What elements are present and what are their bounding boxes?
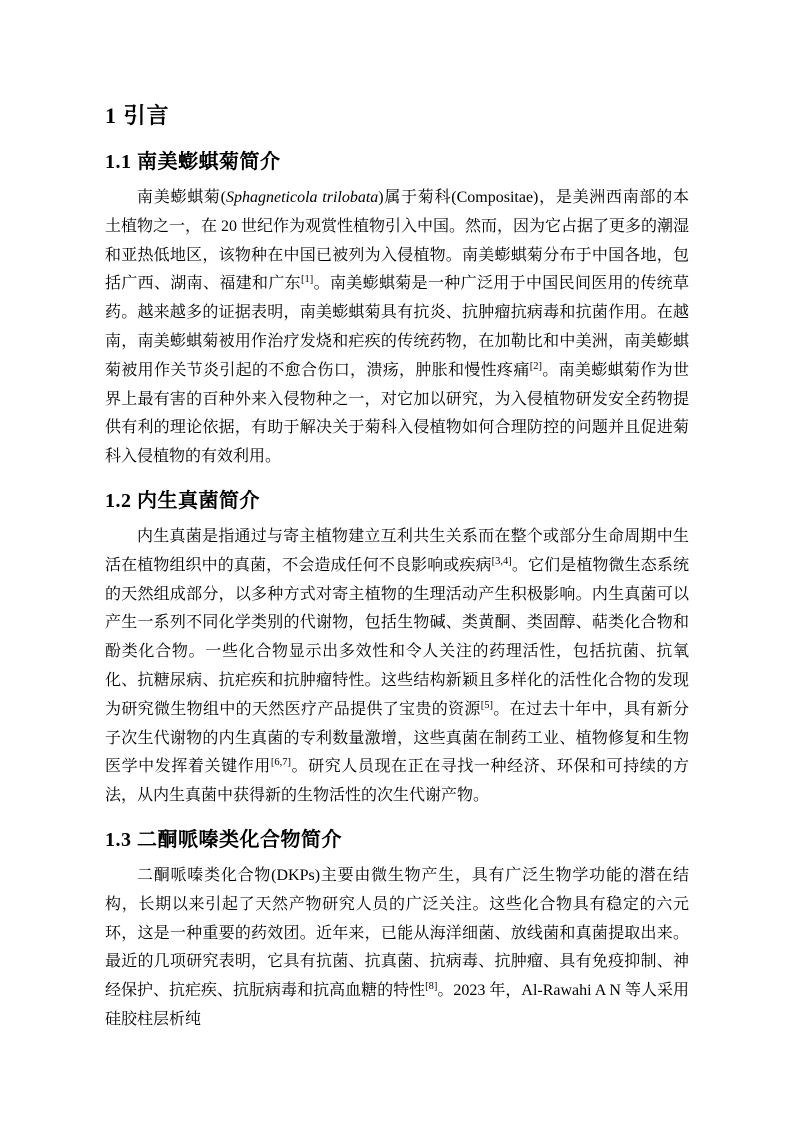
citation-ref: [5] bbox=[481, 700, 493, 711]
section-1-2: 1.2 内生真菌简介 内生真菌是指通过与寄主植物建立互利共生关系而在整个或部分生… bbox=[105, 489, 689, 811]
citation-ref: [3,4] bbox=[492, 556, 512, 567]
document-page: 1 引言 1.1 南美蟛蜞菊简介 南美蟛蜞菊(Sphagneticola tri… bbox=[0, 0, 793, 1122]
section-1-3: 1.3 二酮哌嗪类化合物简介 二酮哌嗪类化合物(DKPs)主要由微生物产生，具有… bbox=[105, 828, 689, 1035]
text-segment: 二酮哌嗪类化合物(DKPs)主要由微生物产生，具有广泛生物学功能的潜在结构，长期… bbox=[105, 867, 689, 999]
paragraph: 南美蟛蜞菊(Sphagneticola trilobata)属于菊科(Compo… bbox=[105, 184, 689, 472]
species-name-italic: Sphagneticola trilobata bbox=[226, 189, 378, 206]
paragraph: 内生真菌是指通过与寄主植物建立互利共生关系而在整个或部分生命周期中生活在植物组织… bbox=[105, 523, 689, 811]
citation-ref: [8] bbox=[425, 981, 437, 992]
section-heading-1-2: 1.2 内生真菌简介 bbox=[105, 489, 689, 513]
citation-ref: [6,7] bbox=[271, 757, 291, 768]
citation-ref: [2] bbox=[530, 361, 542, 372]
chapter-heading: 1 引言 bbox=[105, 103, 689, 129]
citation-ref: [1] bbox=[301, 274, 313, 285]
section-heading-1-3: 1.3 二酮哌嗪类化合物简介 bbox=[105, 828, 689, 852]
section-1-1: 1.1 南美蟛蜞菊简介 南美蟛蜞菊(Sphagneticola trilobat… bbox=[105, 150, 689, 472]
paragraph: 二酮哌嗪类化合物(DKPs)主要由微生物产生，具有广泛生物学功能的潜在结构，长期… bbox=[105, 862, 689, 1035]
section-heading-1-1: 1.1 南美蟛蜞菊简介 bbox=[105, 150, 689, 174]
text-segment: 南美蟛蜞菊( bbox=[137, 189, 226, 206]
text-segment: 。它们是植物微生态系统的天然组成部分，以多种方式对寄主植物的生理活动产生积极影响… bbox=[105, 557, 689, 718]
